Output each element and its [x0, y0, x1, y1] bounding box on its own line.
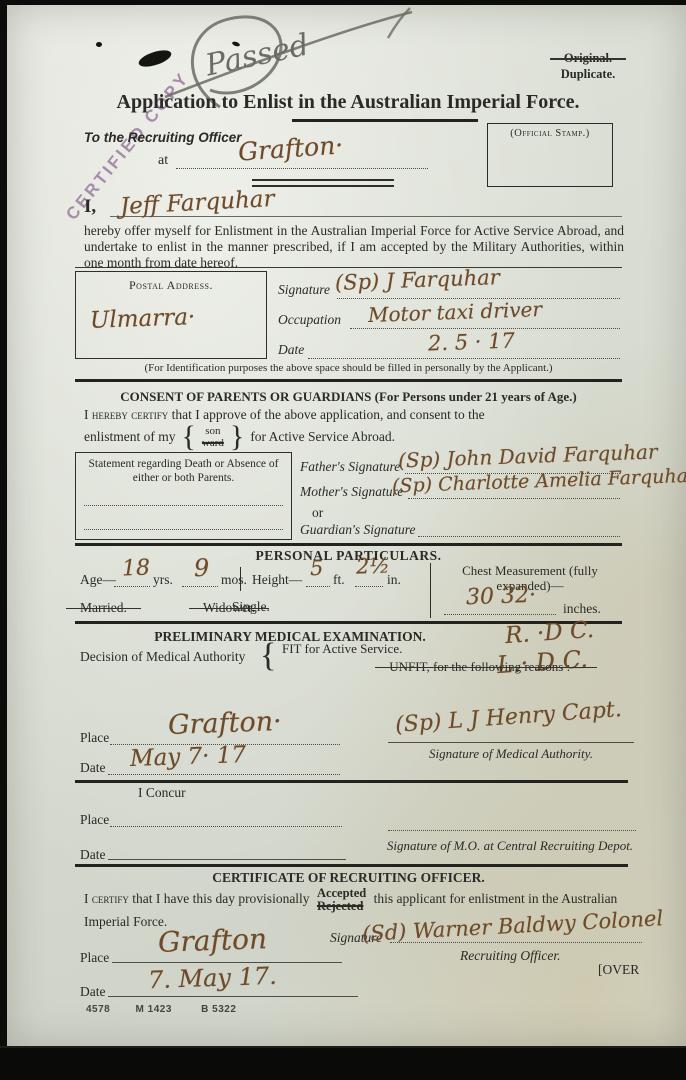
- rejected-option: Rejected: [317, 900, 366, 913]
- handwritten-postal-address: Ulmarra·: [90, 304, 196, 334]
- consent-line2-end: for Active Service Abroad.: [250, 429, 395, 445]
- in-label: in.: [387, 572, 401, 588]
- consent-heading: CONSENT OF PARENTS OR GUARDIANS (For Per…: [75, 389, 622, 405]
- yrs-label: yrs.: [153, 572, 173, 588]
- concur-label: I Concur: [138, 785, 186, 801]
- signature-label: Signature: [278, 282, 330, 298]
- age-label: Age—: [80, 572, 116, 588]
- print-ref-3: B 5322: [201, 1004, 236, 1015]
- guardian-entry-line: [418, 520, 620, 537]
- decision-brace: {: [260, 637, 276, 675]
- inches-label: inches.: [563, 601, 601, 617]
- ward-option: ward: [202, 437, 224, 449]
- brace-open: {: [182, 422, 196, 452]
- print-reference-block: 4578 M 1423 B 5322: [86, 1004, 236, 1015]
- section-rule-4: [75, 780, 628, 783]
- married-option: Married.: [80, 600, 127, 615]
- handwritten-age-yrs: 18: [122, 556, 151, 582]
- original-label: Original.: [564, 51, 612, 65]
- certificate-heading: CERTIFICATE OF RECRUITING OFFICER.: [75, 870, 622, 886]
- duplicate-label: Duplicate.: [561, 67, 616, 81]
- concur-place-line: [110, 810, 342, 827]
- handwritten-chest-value: 30 32·: [466, 583, 537, 610]
- at-label: at: [158, 153, 168, 169]
- medical-authority-caption: Signature of Medical Authority.: [388, 746, 634, 762]
- handwritten-ro-place: Grafton: [157, 922, 267, 959]
- consent-body-mid: that I approve of the above application,…: [172, 407, 485, 422]
- over-label: [OVER: [598, 962, 639, 978]
- mother-signature-label: Mother's Signature: [300, 484, 403, 500]
- handwritten-medical-date: May 7· 17: [130, 742, 247, 772]
- consent-lead: I hereby certify: [84, 407, 168, 422]
- i-label: I,: [84, 196, 96, 218]
- particulars-divider-main: [430, 563, 431, 618]
- single-option: Single.: [232, 599, 270, 615]
- ft-label: ft.: [333, 572, 345, 588]
- mos-label: mos.: [221, 572, 247, 588]
- father-signature-label: Father's Signature: [300, 459, 400, 475]
- identification-top-rule: [75, 267, 622, 268]
- mo-signature-line: [388, 816, 636, 831]
- section-rule-1: [75, 379, 622, 382]
- son-option: son: [205, 425, 220, 437]
- official-stamp-box: (Official Stamp.): [487, 123, 613, 187]
- brace-close: }: [230, 422, 244, 452]
- section-rule-5: [75, 864, 628, 867]
- guardian-signature-label: Guardian's Signature: [300, 522, 416, 538]
- consent-line2-start: enlistment of my: [84, 429, 176, 445]
- print-ref-2: M 1423: [136, 1004, 172, 1015]
- statement-line-1: [84, 505, 283, 506]
- ro-date-label: Date: [80, 984, 105, 1000]
- consent-line1: I hereby certify that I approve of the a…: [84, 407, 624, 423]
- postal-address-label: Postal Address.: [76, 272, 266, 293]
- photo-bottom-edge: [0, 1046, 686, 1080]
- fit-option: FIT for Active Service.: [282, 641, 402, 657]
- parent-statement-label: Statement regarding Death or Absence of …: [76, 453, 291, 485]
- paper-speck: [96, 42, 102, 47]
- statement-line-2: [84, 529, 283, 530]
- occupation-label: Occupation: [278, 312, 341, 328]
- official-stamp-label: (Official Stamp.): [488, 124, 612, 139]
- recruiting-officer-heading: To the Recruiting Officer: [84, 130, 242, 145]
- date-label: Date: [278, 342, 304, 358]
- certificate-lead: I certify: [84, 891, 129, 906]
- concur-place-label: Place: [80, 812, 109, 828]
- decision-label: Decision of Medical Authority: [80, 649, 245, 665]
- form-title: Application to Enlist in the Australian …: [70, 91, 626, 114]
- section-rule-2: [75, 543, 622, 546]
- parent-statement-box: Statement regarding Death or Absence of …: [75, 452, 292, 540]
- certificate-body-mid: that I have this day provisionally: [132, 891, 309, 906]
- particulars-heading: PERSONAL PARTICULARS.: [75, 548, 622, 564]
- handwritten-height-in: 2½: [356, 553, 391, 578]
- medical-authority-line: [388, 726, 634, 743]
- title-underline: [292, 119, 478, 122]
- concur-date-label: Date: [80, 847, 105, 863]
- or-label: or: [312, 505, 323, 521]
- handwritten-height-ft: 5: [310, 556, 324, 580]
- handwritten-date: 2. 5 · 17: [428, 328, 516, 355]
- identification-note: (For Identification purposes the above s…: [75, 362, 622, 374]
- concur-date-line: [108, 843, 346, 860]
- medical-date-label: Date: [80, 760, 105, 776]
- scanned-enlistment-form: CERTIFIED COPY Passed Original. Duplicat…: [0, 0, 686, 1080]
- unfit-option: UNFIT, for the following reasons :—: [389, 659, 583, 674]
- son-ward-choice: son ward: [202, 425, 224, 449]
- handwritten-age-mos: 9: [194, 554, 210, 583]
- recruiting-officer-caption: Recruiting Officer.: [460, 948, 560, 964]
- copy-type-block: Original. Duplicate.: [528, 50, 648, 82]
- declaration-paragraph: hereby offer myself for Enlistment in th…: [84, 223, 624, 272]
- medical-place-label: Place: [80, 730, 109, 746]
- postal-address-cell: Postal Address. Ulmarra·: [75, 271, 267, 359]
- chest-label-line1: Chest Measurement (fully: [462, 563, 598, 578]
- ro-place-label: Place: [80, 950, 109, 966]
- handwritten-medical-place: Grafton·: [167, 706, 282, 741]
- mo-caption: Signature of M.O. at Central Recruiting …: [382, 838, 638, 854]
- print-ref-1: 4578: [86, 1004, 110, 1015]
- handwritten-ro-date: 7. May 17.: [148, 962, 278, 994]
- height-label: Height—: [252, 572, 302, 588]
- accepted-rejected-choice: Accepted Rejected: [317, 887, 366, 913]
